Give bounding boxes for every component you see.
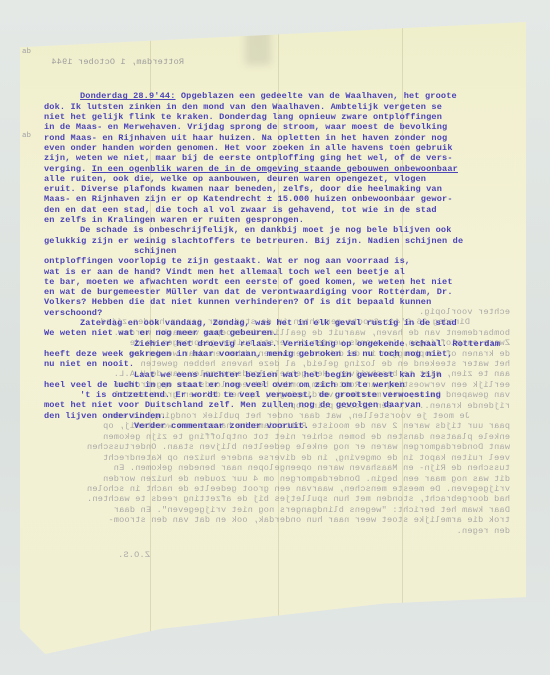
reverse-text-line: enkele plaatsen dansten de bomen schier … xyxy=(40,432,510,442)
front-text-line: Donderdag 28.9'44: Opgeblazen een gedeel… xyxy=(44,91,514,101)
front-text-line: moet het niet voor Duitschland zelf. Men… xyxy=(44,400,514,410)
front-text-line: We weten niet wat er nog meer gaat gebeu… xyxy=(44,328,514,338)
front-text-line: en zelfs in Kralingen waren er ruiten ge… xyxy=(44,215,514,225)
front-text-line: gelukkig zijn er weinig slachtoffers te … xyxy=(44,236,514,246)
front-text-line: verschoond? xyxy=(44,308,514,318)
reverse-text-line: had doorgebracht, stonden met hun spulle… xyxy=(40,494,510,504)
reverse-text-line: trok die armelijke stoet weer naar hun o… xyxy=(40,515,510,525)
reverse-text-line: vrijgegeven. De meeste menschen, waarvan… xyxy=(40,484,510,494)
front-text-line: rond Maas- en Rijnhaven uit haar huizen.… xyxy=(44,133,514,143)
reverse-text-line: dit was nog maar een begin. Donderdagmor… xyxy=(40,474,510,484)
front-text-line: te bar, moeten we afwachten wordt een ee… xyxy=(44,277,514,287)
document-date-header: Rotterdam, 1 October 1944 xyxy=(0,57,234,67)
front-text-line: Verder commentaar zonder vooruit. xyxy=(44,421,514,431)
reverse-text-line: want Donderdagmorgen waren er nog enkele… xyxy=(40,442,510,452)
front-text-line: Volkers? Hebben die dat niet kunnen verh… xyxy=(44,297,514,307)
reverse-text-line: den regen. xyxy=(40,526,510,536)
front-text-line: in de Maas- en Merwehaven. Vrijdag spron… xyxy=(44,122,514,132)
front-text-line: Ziehier het droevig relaas. Vernieling o… xyxy=(44,339,514,349)
front-text-line: heel veel de lucht in en staat er nog ve… xyxy=(44,380,514,390)
front-text-line: Maas- en Rijnhaven zijn er op Katendrech… xyxy=(44,194,514,204)
margin-note: ab xyxy=(22,132,31,140)
signature-initials: Z.O.S. xyxy=(40,550,510,560)
reverse-text-line: Daar kwam het bericht: "wegens blindgang… xyxy=(40,505,510,515)
front-text-line: Zaterdag en ook vandaag, Zondag, was het… xyxy=(44,318,514,328)
front-text-line: den lijven ondervinden. xyxy=(44,411,514,421)
front-text-line: den en dat een stad, die toch al vol zwa… xyxy=(44,205,514,215)
front-text-line: 't is ontzettend. Er wordt te veel verwo… xyxy=(44,390,514,400)
margin-note: ab xyxy=(22,48,31,56)
front-text-line: zijn, weten we niet, maar bij de eerste … xyxy=(44,153,514,163)
front-text-line: dok. Ik lutsten zinken in den mond van d… xyxy=(44,102,514,112)
front-text-line: niet het gelijk flink te kraken. Donderd… xyxy=(44,112,514,122)
front-text-line: wat is er aan de hand? Vindt men het all… xyxy=(44,267,514,277)
reverse-text-line: veel ruiten kapot in de omgeving, in de … xyxy=(40,453,510,463)
front-text-line: alle ruiten, ook die, welke op aanbouwen… xyxy=(44,174,514,184)
front-text-line: eruit. Diverse plafonds kwamen naar bene… xyxy=(44,184,514,194)
front-text-line: en wat de burgemeester Müller van dat de… xyxy=(44,287,514,297)
typewritten-document-sheet: echter voorlopig.Dinsdag 26.9'44: Groote… xyxy=(20,22,526,654)
front-text-line: even onder handen worden genomen. Het vo… xyxy=(44,143,514,153)
front-text-line: schijnen xyxy=(44,246,514,256)
front-text-line: De schade is onbeschrijfelijk, en dankbi… xyxy=(44,225,514,235)
handwritten-page-number: 107 xyxy=(113,640,141,657)
front-text-line: nu niet en nooit. xyxy=(44,359,514,369)
front-text-line: heeft deze week gekregen in haar vooraan… xyxy=(44,349,514,359)
reverse-text-line: tusschen de Rijn- en Maashaven waren ope… xyxy=(40,463,510,473)
front-text-line: ontploffingen voorlopig te zijn gestaakt… xyxy=(44,256,514,266)
front-text-line: Laat we eens nuchter bezien wat het begi… xyxy=(44,370,514,380)
front-text-line: verging. In een ogenblik waren de in de … xyxy=(44,164,514,174)
front-side-typed-text: Rotterdam, 1 October 1944 Donderdag 28.9… xyxy=(44,36,514,431)
